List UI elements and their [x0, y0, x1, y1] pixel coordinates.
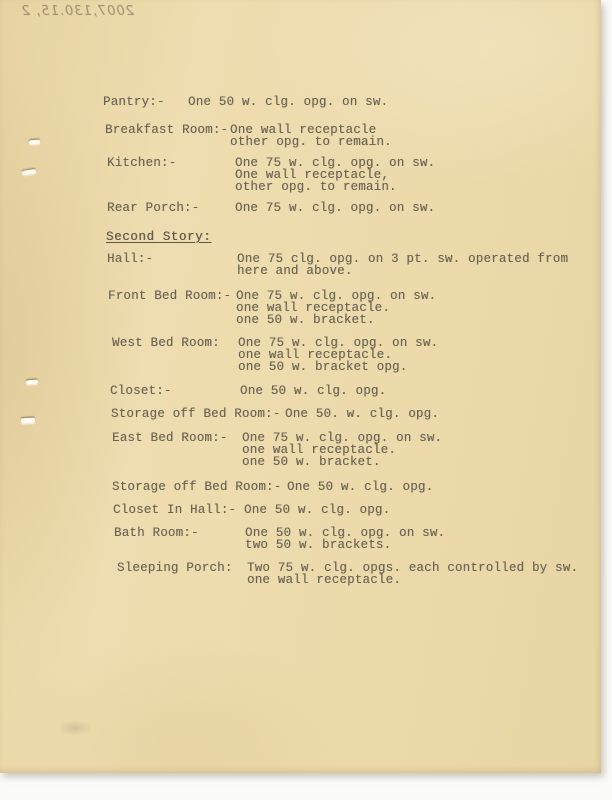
spec-line: One 50 w. clg. opg. on sw.: [188, 96, 388, 108]
spec-line: other opg. to remain.: [235, 181, 435, 193]
spec-lines: One 75 w. clg. opg. on sw.one wall recep…: [242, 432, 442, 468]
staple-hole: [29, 140, 40, 145]
room-label: Rear Porch:-: [107, 202, 199, 214]
spec-lines: Two 75 w. clg. opgs. each controlled by …: [247, 562, 578, 586]
staple-hole: [22, 169, 36, 175]
spec-lines: One 50 w. clg. opg.: [244, 504, 390, 516]
room-label: East Bed Room:-: [112, 432, 228, 444]
document-page: 2007,130.15, 2 Pantry:-One 50 w. clg. op…: [0, 0, 601, 773]
spec-line: two 50 w. brackets.: [245, 539, 445, 551]
spec-line: One 50. w. clg. opg.: [285, 408, 439, 420]
room-label: Bath Room:-: [114, 527, 199, 539]
spec-lines: One 50 w. clg. opg. on sw.two 50 w. brac…: [245, 527, 445, 551]
room-label: Hall:-: [107, 253, 153, 265]
spec-line: one wall receptacle.: [247, 574, 578, 586]
room-label: West Bed Room:: [112, 337, 220, 349]
staple-hole: [26, 379, 38, 384]
spec-lines: One 75 clg. opg. on 3 pt. sw. operated f…: [237, 253, 568, 277]
spec-lines: One 75 w. clg. opg. on sw.one wall recep…: [238, 337, 438, 373]
room-label: Sleeping Porch:: [117, 562, 233, 574]
second-story-heading: Second Story:: [106, 231, 211, 243]
spec-lines: One 50 w. clg. opg. on sw.: [188, 96, 388, 108]
spec-lines: One 75 w. clg. opg. on sw.: [235, 202, 435, 214]
room-label: Front Bed Room:-: [108, 290, 231, 302]
room-label: Storage off Bed Room:-: [112, 481, 281, 493]
spec-line: one 50 w. bracket.: [242, 456, 442, 468]
handwritten-accession-number: 2007,130.15, 2: [14, 4, 134, 24]
room-label: Pantry:-: [103, 96, 165, 108]
room-label: Kitchen:-: [107, 157, 176, 169]
staple-hole: [21, 418, 35, 424]
spec-lines: One wall receptacleother opg. to remain.: [230, 124, 392, 148]
spec-lines: One 50. w. clg. opg.: [285, 408, 439, 420]
spec-line: other opg. to remain.: [230, 136, 392, 148]
spec-line: One 50 w. clg. opg.: [244, 504, 390, 516]
room-label: Closet:-: [110, 385, 172, 397]
spec-lines: One 75 w. clg. opg. on sw.One wall recep…: [235, 157, 435, 193]
spec-lines: One 50 w. clg. opg.: [287, 481, 433, 493]
spec-line: one 50 w. bracket opg.: [238, 361, 438, 373]
room-label: Storage off Bed Room:-: [111, 408, 280, 420]
smudge-mark: [58, 720, 92, 736]
spec-lines: One 75 w. clg. opg. on sw.one wall recep…: [236, 290, 436, 326]
room-label: Closet In Hall:-: [113, 504, 236, 516]
room-label: Breakfast Room:-: [105, 124, 228, 136]
spec-line: One 75 w. clg. opg. on sw.: [235, 202, 435, 214]
spec-line: One 50 w. clg. opg.: [240, 385, 386, 397]
spec-lines: One 50 w. clg. opg.: [240, 385, 386, 397]
spec-line: here and above.: [237, 265, 568, 277]
spec-line: one 50 w. bracket.: [236, 314, 436, 326]
spec-line: One 50 w. clg. opg.: [287, 481, 433, 493]
